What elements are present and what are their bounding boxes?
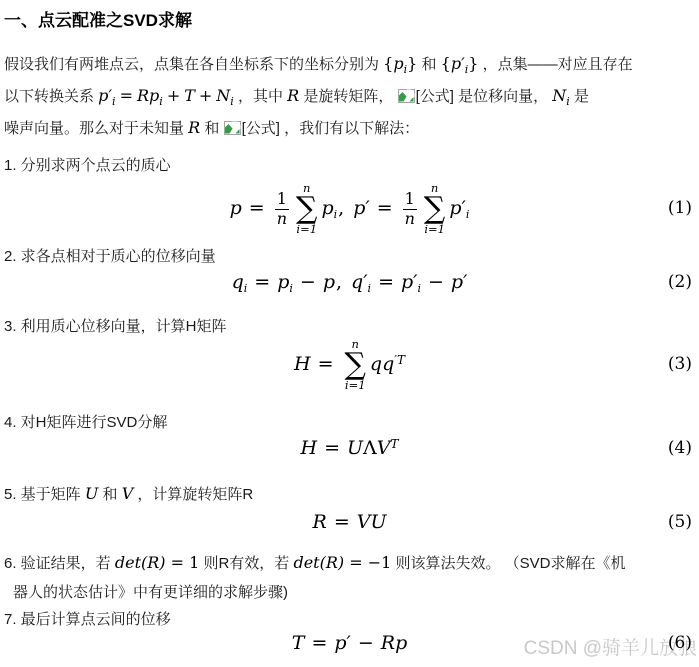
equation-5: R=VU(5): [0, 509, 699, 535]
step-4: 4. 对H矩阵进行SVD分解: [4, 413, 167, 433]
broken-image-icon: [224, 121, 241, 135]
math-operator: +: [199, 86, 212, 105]
math-operator: =: [254, 271, 270, 293]
text-segment: 是: [570, 88, 589, 105]
math-lambda: Λ: [363, 437, 377, 459]
text-segment: 5. 基于矩阵: [4, 486, 85, 503]
math-subscript: i: [417, 282, 421, 295]
text-segment: 是位移向量，: [454, 88, 552, 105]
math-Ni: Ni: [552, 86, 570, 105]
math-var: p: [321, 197, 333, 219]
step-2: 2. 求各点相对于质心的位移向量: [4, 247, 216, 267]
math-V: V: [122, 484, 134, 503]
math-brace: {: [383, 54, 393, 73]
text-segment: ，其中: [234, 88, 287, 105]
math-superscript: ′T: [394, 353, 405, 367]
math-subscript: i: [334, 208, 338, 221]
sum-lower-limit: i=1: [345, 379, 366, 392]
equation-number-6: (6): [668, 629, 692, 657]
math-var: T: [184, 86, 195, 105]
sum-lower-limit: i=1: [424, 223, 445, 236]
math-subscript: i: [368, 282, 372, 295]
fraction: 1n: [275, 190, 289, 228]
step-5: 5. 基于矩阵 U 和 V ，计算旋转矩阵R: [4, 484, 253, 505]
broken-image-icon: [398, 89, 415, 103]
math-comma: ,: [336, 271, 342, 293]
text-segment: 和: [98, 486, 121, 503]
math-operator: =: [249, 197, 265, 219]
math-superscript: T: [390, 437, 398, 451]
equation-6: T=p′−Rp(6): [0, 629, 699, 657]
math-var: p: [230, 197, 242, 219]
math-transform-relation: p′i=Rpi+T+Ni: [98, 86, 234, 105]
math-var: p′: [451, 271, 467, 293]
math-operator: =: [311, 632, 327, 654]
math-value: = 1: [166, 553, 200, 572]
math-var: p: [393, 54, 403, 73]
math-var: p: [277, 271, 289, 293]
math-operator: =: [318, 353, 334, 375]
fraction: 1n: [403, 190, 417, 228]
math-var: U: [347, 437, 363, 459]
math-var: q: [232, 271, 244, 293]
text-segment: 和: [200, 120, 223, 137]
equation-number-5: (5): [668, 509, 692, 535]
math-brace: }: [468, 54, 478, 73]
math-var: q′: [351, 271, 367, 293]
formula-link-2[interactable]: [公式]: [224, 120, 280, 137]
math-var: Rp: [137, 86, 159, 105]
summation: n∑i=1: [345, 338, 366, 392]
step-7: 7. 最后计算点云间的位移: [4, 610, 171, 630]
page-title: 一、点云配准之SVD求解: [4, 6, 192, 31]
formula-label: [公式]: [416, 88, 454, 105]
equation-number-2: (2): [668, 267, 692, 297]
math-subscript: i: [289, 282, 293, 295]
step-6-line-2: 器人的状态估计》中有更详细的求解步骤): [4, 578, 626, 608]
intro-line-3: 噪声向量。那么对于未知量 R 和 [公式] ，我们有以下解法：: [4, 112, 633, 144]
math-set-p-prime: {p′i}: [441, 54, 479, 73]
text-segment: ，我们有以下解法：: [280, 120, 419, 137]
math-subscript: i: [244, 282, 248, 295]
sigma-symbol: ∑: [296, 195, 317, 224]
math-var: VU: [357, 511, 387, 533]
math-var: p′: [334, 632, 350, 654]
math-var: p′: [353, 197, 369, 219]
sigma-symbol: ∑: [424, 195, 445, 224]
step-3: 3. 利用质心位移向量，计算H矩阵: [4, 317, 227, 337]
math-R: R: [287, 86, 299, 105]
math-comma: ,: [338, 197, 344, 219]
sum-lower-limit: i=1: [296, 223, 317, 236]
math-var: N: [216, 86, 230, 105]
sigma-symbol: ∑: [345, 351, 366, 380]
summation: n∑i=1: [424, 182, 445, 236]
text-segment: 是旋转矩阵，: [299, 88, 397, 105]
step-6-line-1: 6. 验证结果，若 det(R) = 1 则R有效，若 det(R) = −1 …: [4, 548, 626, 578]
math-operator: −: [428, 271, 444, 293]
equation-4: H=UΛVT(4): [0, 433, 699, 463]
math-var: Rp: [381, 632, 407, 654]
text-segment: ，点集——对应且存在: [478, 56, 632, 73]
math-var: R: [313, 511, 327, 533]
math-var: V: [377, 437, 391, 459]
math-subscript: i: [466, 208, 470, 221]
equation-number-4: (4): [668, 433, 692, 463]
fraction-denominator: n: [403, 210, 417, 228]
math-subscript: i: [159, 95, 163, 108]
summation: n∑i=1: [296, 182, 317, 236]
text-segment: 噪声向量。那么对于未知量: [4, 120, 188, 137]
math-var: p: [323, 271, 335, 293]
math-R: R: [188, 118, 200, 137]
step-6: 6. 验证结果，若 det(R) = 1 则R有效，若 det(R) = −1 …: [4, 548, 626, 608]
math-operator: =: [120, 86, 133, 105]
fraction-denominator: n: [275, 210, 289, 228]
equation-3: H=n∑i=1qq′T(3): [0, 335, 699, 393]
formula-link-1[interactable]: [公式]: [398, 88, 454, 105]
math-set-p: {pi}: [383, 54, 417, 73]
math-var: qq: [370, 353, 394, 375]
equation-number-1: (1): [668, 182, 692, 234]
math-var: p′: [98, 86, 112, 105]
equation-2: qi=pi−p,q′i=p′i−p′(2): [0, 267, 699, 297]
equation-number-3: (3): [668, 335, 692, 393]
math-operator: =: [324, 437, 340, 459]
text-segment: 以下转换关系: [4, 88, 98, 105]
math-value: = −1: [344, 553, 391, 572]
math-subscript: i: [112, 95, 116, 108]
math-operator: +: [167, 86, 180, 105]
math-var: H: [294, 353, 311, 375]
fraction-numerator: 1: [403, 190, 417, 208]
equation-1: p=1nn∑i=1pi,p′=1nn∑i=1p′i(1): [0, 182, 699, 234]
text-segment: 假设我们有两堆点云，点集在各自坐标系下的坐标分别为: [4, 56, 383, 73]
math-det-R: det(R): [115, 553, 166, 572]
text-segment: ，计算旋转矩阵R: [133, 486, 253, 503]
math-operator: =: [377, 197, 393, 219]
article-page: 一、点云配准之SVD求解 假设我们有两堆点云，点集在各自坐标系下的坐标分别为 {…: [0, 0, 699, 667]
step-1: 1. 分别求两个点云的质心: [4, 156, 171, 176]
math-var: p′: [449, 197, 465, 219]
intro-line-1: 假设我们有两堆点云，点集在各自坐标系下的坐标分别为 {pi} 和 {p′i} ，…: [4, 48, 633, 80]
math-operator: =: [334, 511, 350, 533]
text-segment: 则R有效，若: [199, 555, 293, 572]
math-var: T: [292, 632, 305, 654]
math-var: H: [301, 437, 318, 459]
intro-paragraph: 假设我们有两堆点云，点集在各自坐标系下的坐标分别为 {pi} 和 {p′i} ，…: [4, 48, 633, 144]
text-segment: 和: [417, 56, 440, 73]
math-brace: }: [407, 54, 417, 73]
math-operator: −: [300, 271, 316, 293]
math-brace: {: [441, 54, 451, 73]
text-segment: 6. 验证结果，若: [4, 555, 115, 572]
math-var: N: [552, 86, 566, 105]
math-det-R: det(R): [293, 553, 344, 572]
fraction-numerator: 1: [275, 190, 289, 208]
intro-line-2: 以下转换关系 p′i=Rpi+T+Ni ，其中 R 是旋转矩阵， [公式] 是位…: [4, 80, 633, 112]
math-var: p′: [451, 54, 465, 73]
math-operator: −: [358, 632, 374, 654]
math-U: U: [85, 484, 98, 503]
math-var: p′: [401, 271, 417, 293]
text-segment: 则该算法失效。 （SVD求解在《机: [391, 555, 625, 572]
math-operator: =: [378, 271, 394, 293]
formula-label: [公式]: [242, 120, 280, 137]
